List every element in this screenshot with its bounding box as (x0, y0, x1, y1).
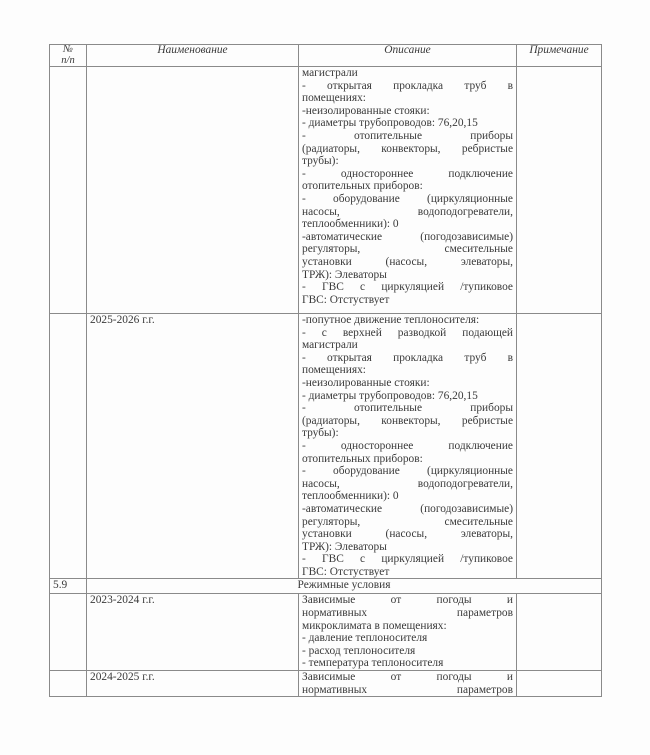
description-line: -неизолированные стояки: (302, 377, 513, 390)
description-line: - отопительные приборы (302, 402, 513, 415)
row-number (50, 67, 87, 314)
description-line: теплообменники): 0 (302, 490, 513, 503)
description-line: помещениях: (302, 364, 513, 377)
table-row: магистрали- открытая прокладка труб впом… (50, 67, 602, 314)
description-line: магистрали (302, 67, 513, 80)
description-line: (радиаторы, конвекторы, ребристые (302, 143, 513, 156)
description-line: - одностороннее подключение (302, 168, 513, 181)
row-note (517, 67, 602, 314)
table-row: 2025-2026 г.г. -попутное движение теплон… (50, 314, 602, 579)
description-line: -автоматические (погодозависимые) (302, 231, 513, 244)
description-line: Зависимые от погоды и (302, 671, 513, 684)
description-line: - отопительные приборы (302, 130, 513, 143)
description-line: - диаметры трубопроводов: 76,20,15 (302, 390, 513, 403)
header-note: Примечание (517, 45, 602, 67)
row-note (517, 671, 602, 697)
row-description: магистрали- открытая прокладка труб впом… (299, 67, 517, 314)
description-line: установки (насосы, элеваторы, (302, 528, 513, 541)
row-description: Зависимые от погоды инормативных парамет… (299, 671, 517, 697)
description-line: -автоматические (погодозависимые) (302, 503, 513, 516)
description-line: ТРЖ): Элеваторы (302, 269, 513, 282)
description-line: регуляторы, смесительные (302, 243, 513, 256)
description-line: регуляторы, смесительные (302, 516, 513, 529)
section-title: Режимные условия (87, 579, 602, 594)
row-note (517, 594, 602, 671)
description-line: - открытая прокладка труб в (302, 352, 513, 365)
description-line: Зависимые от погоды и (302, 594, 513, 607)
description-line: микроклимата в помещениях: (302, 620, 513, 633)
header-number-line2: п/п (61, 55, 74, 66)
description-line: - давление теплоносителя (302, 632, 513, 645)
description-line: - диаметры трубопроводов: 76,20,15 (302, 117, 513, 130)
description-line: нормативных параметров (302, 607, 513, 620)
description-line: установки (насосы, элеваторы, (302, 256, 513, 269)
description-line: насосы, водоподогреватели, (302, 478, 513, 491)
description-line: -попутное движение теплоносителя: (302, 314, 513, 327)
description-line: трубы): (302, 155, 513, 168)
document-table: № п/п Наименование Описание Примечание м… (49, 44, 602, 697)
description-line: ГВС: Отстуствует (302, 294, 513, 307)
description-line: ТРЖ): Элеваторы (302, 541, 513, 554)
row-name: 2023-2024 г.г. (87, 594, 299, 671)
description-line: - ГВС с циркуляцией /тупиковое (302, 281, 513, 294)
row-note (517, 314, 602, 579)
description-line: - оборудование (циркуляционные (302, 193, 513, 206)
row-number (50, 314, 87, 579)
header-number-line1: № (63, 44, 73, 55)
description-line: -неизолированные стояки: (302, 105, 513, 118)
table-row: 2023-2024 г.г. Зависимые от погоды инорм… (50, 594, 602, 671)
table-header-row: № п/п Наименование Описание Примечание (50, 45, 602, 67)
row-name: 2025-2026 г.г. (87, 314, 299, 579)
row-number (50, 594, 87, 671)
description-line: магистрали (302, 339, 513, 352)
header-description: Описание (299, 45, 517, 67)
description-line: - расход теплоносителя (302, 645, 513, 658)
description-line: - открытая прокладка труб в (302, 80, 513, 93)
description-line: отопительных приборов: (302, 453, 513, 466)
description-line: трубы): (302, 427, 513, 440)
section-row: 5.9 Режимные условия (50, 579, 602, 594)
description-line: - ГВС с циркуляцией /тупиковое (302, 553, 513, 566)
row-description: Зависимые от погоды инормативных парамет… (299, 594, 517, 671)
row-name (87, 67, 299, 314)
row-number (50, 671, 87, 697)
section-number: 5.9 (50, 579, 87, 594)
description-line: - одностороннее подключение (302, 440, 513, 453)
description-line: (радиаторы, конвекторы, ребристые (302, 415, 513, 428)
description-line: помещениях: (302, 92, 513, 105)
description-line: - оборудование (циркуляционные (302, 465, 513, 478)
description-line: - с верхней разводкой подающей (302, 327, 513, 340)
header-number: № п/п (50, 45, 87, 67)
description-line: теплообменники): 0 (302, 218, 513, 231)
table-row: 2024-2025 г.г. Зависимые от погоды инорм… (50, 671, 602, 697)
description-line: - температура теплоносителя (302, 657, 513, 670)
description-line: насосы, водоподогреватели, (302, 206, 513, 219)
row-name: 2024-2025 г.г. (87, 671, 299, 697)
header-name: Наименование (87, 45, 299, 67)
row-description: -попутное движение теплоносителя:- с вер… (299, 314, 517, 579)
description-line: нормативных параметров (302, 684, 513, 697)
description-line: ГВС: Отстуствует (302, 566, 513, 579)
description-line: отопительных приборов: (302, 180, 513, 193)
